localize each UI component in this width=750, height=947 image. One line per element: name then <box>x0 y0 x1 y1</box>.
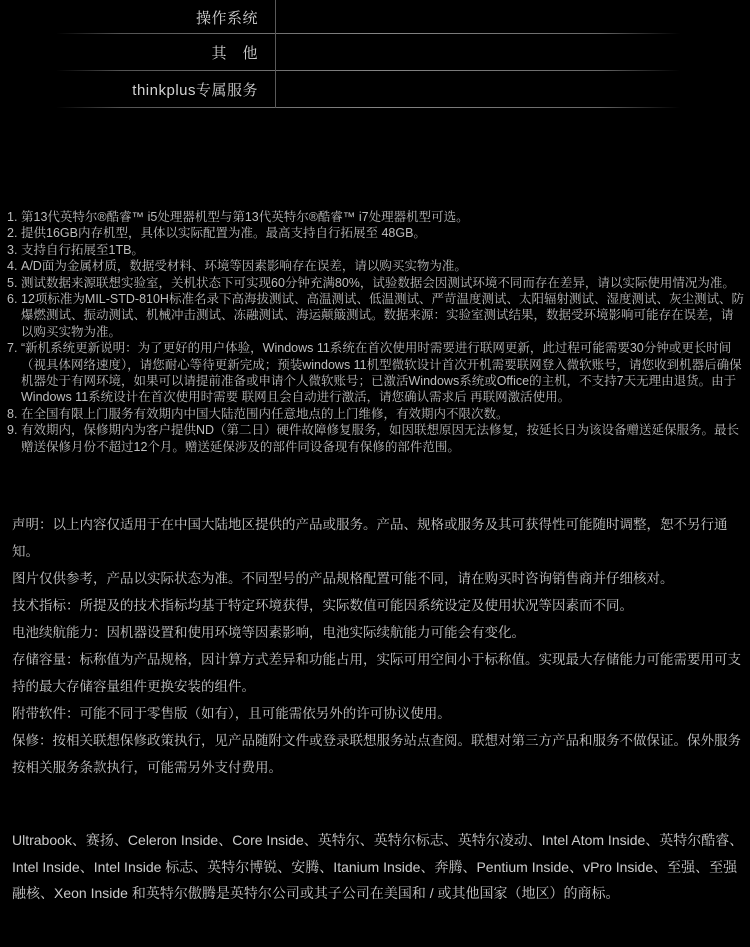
footnote-number: 9. <box>0 422 21 455</box>
footnote-item: 1. 第13代英特尔®酷睿™ i5处理器机型与第13代英特尔®酷睿™ i7处理器… <box>0 209 750 225</box>
footnote-item: 5. 测试数据来源联想实验室，关机状态下可实现60分钟充满80%，试验数据会因测… <box>0 275 750 291</box>
footnote-text: 支持自行拓展至1TB。 <box>21 242 750 258</box>
spec-value-other <box>275 34 750 71</box>
spec-row-os: 操作系统 <box>0 0 750 34</box>
statement-battery: 电池续航能力：因机器设置和使用环境等因素影响，电池实际续航能力可能会有变化。 <box>0 619 750 646</box>
statement-storage: 存储容量：标称值为产品规格，因计算方式差异和功能占用，实际可用空间小于标称值。实… <box>0 646 750 700</box>
statement-warranty: 保修：按相关联想保修政策执行，见产品随附文件或登录联想服务站点查阅。联想对第三方… <box>0 727 750 781</box>
spec-table: 操作系统 其 他 thinkplus专属服务 <box>0 0 750 108</box>
footnote-number: 1. <box>0 209 21 225</box>
footnote-item: 3. 支持自行拓展至1TB。 <box>0 242 750 258</box>
footnote-item: 7. “新机系统更新说明：为了更好的用户体验，Windows 11系统在首次使用… <box>0 340 750 406</box>
row-divider-line <box>0 107 750 108</box>
statement-disclaimer: 声明：以上内容仅适用于在中国大陆地区提供的产品或服务。产品、规格或服务及其可获得… <box>0 511 750 565</box>
spec-value-os <box>275 0 750 34</box>
footnote-item: 8. 在全国有限上门服务有效期内中国大陆范围内任意地点的上门维修，有效期内不限次… <box>0 406 750 422</box>
trademark-notice: Ultrabook、赛扬、Celeron Inside、Core Inside、… <box>0 827 750 907</box>
spec-label-thinkplus-service: thinkplus专属服务 <box>0 79 275 100</box>
statement-tech-specs: 技术指标：所提及的技术指标均基于特定环境获得，实际数值可能因系统设定及使用状况等… <box>0 592 750 619</box>
statement-software: 附带软件：可能不同于零售版（如有），且可能需依另外的许可协议使用。 <box>0 700 750 727</box>
spec-row-thinkplus-service: thinkplus专属服务 <box>0 71 750 108</box>
footnote-text: 12项标准为MIL-STD-810H标准名录下高海拔测试、高温测试、低温测试、严… <box>21 291 750 340</box>
footnote-text: 有效期内，保修期内为客户提供ND（第二日）硬件故障修复服务，如因联想原因无法修复… <box>21 422 750 455</box>
footnote-text: 第13代英特尔®酷睿™ i5处理器机型与第13代英特尔®酷睿™ i7处理器机型可… <box>21 209 750 225</box>
table-vertical-divider <box>275 0 276 108</box>
footnote-item: 6. 12项标准为MIL-STD-810H标准名录下高海拔测试、高温测试、低温测… <box>0 291 750 340</box>
product-spec-disclaimer-page: 操作系统 其 他 thinkplus专属服务 1. 第13代英特尔®酷睿™ i5… <box>0 0 750 947</box>
footnote-list: 1. 第13代英特尔®酷睿™ i5处理器机型与第13代英特尔®酷睿™ i7处理器… <box>0 209 750 455</box>
spec-label-other: 其 他 <box>0 42 275 63</box>
footnote-text: 在全国有限上门服务有效期内中国大陆范围内任意地点的上门维修，有效期内不限次数。 <box>21 406 750 422</box>
footnote-text: 测试数据来源联想实验室，关机状态下可实现60分钟充满80%，试验数据会因测试环境… <box>21 275 750 291</box>
footnote-text: 提供16GB内存机型，具体以实际配置为准。最高支持自行拓展至 48GB。 <box>21 225 750 241</box>
footnote-number: 5. <box>0 275 21 291</box>
footnote-number: 3. <box>0 242 21 258</box>
footnote-text: “新机系统更新说明：为了更好的用户体验，Windows 11系统在首次使用时需要… <box>21 340 750 406</box>
footnote-number: 6. <box>0 291 21 340</box>
footnote-item: 4. A/D面为金属材质，数据受材料、环境等因素影响存在误差，请以购买实物为准。 <box>0 258 750 274</box>
trademark-text: Ultrabook、赛扬、Celeron Inside、Core Inside、… <box>0 827 750 907</box>
footnote-number: 8. <box>0 406 21 422</box>
spec-value-thinkplus-service <box>275 71 750 108</box>
footnote-number: 4. <box>0 258 21 274</box>
footnote-number: 7. <box>0 340 21 406</box>
footnote-number: 2. <box>0 225 21 241</box>
footnote-text: A/D面为金属材质，数据受材料、环境等因素影响存在误差，请以购买实物为准。 <box>21 258 750 274</box>
footnote-item: 9. 有效期内，保修期内为客户提供ND（第二日）硬件故障修复服务，如因联想原因无… <box>0 422 750 455</box>
spec-label-os: 操作系统 <box>0 7 275 28</box>
spec-row-other: 其 他 <box>0 34 750 71</box>
legal-statements: 声明：以上内容仅适用于在中国大陆地区提供的产品或服务。产品、规格或服务及其可获得… <box>0 511 750 781</box>
statement-images: 图片仅供参考，产品以实际状态为准。不同型号的产品规格配置可能不同，请在购买时咨询… <box>0 565 750 592</box>
footnote-item: 2. 提供16GB内存机型，具体以实际配置为准。最高支持自行拓展至 48GB。 <box>0 225 750 241</box>
